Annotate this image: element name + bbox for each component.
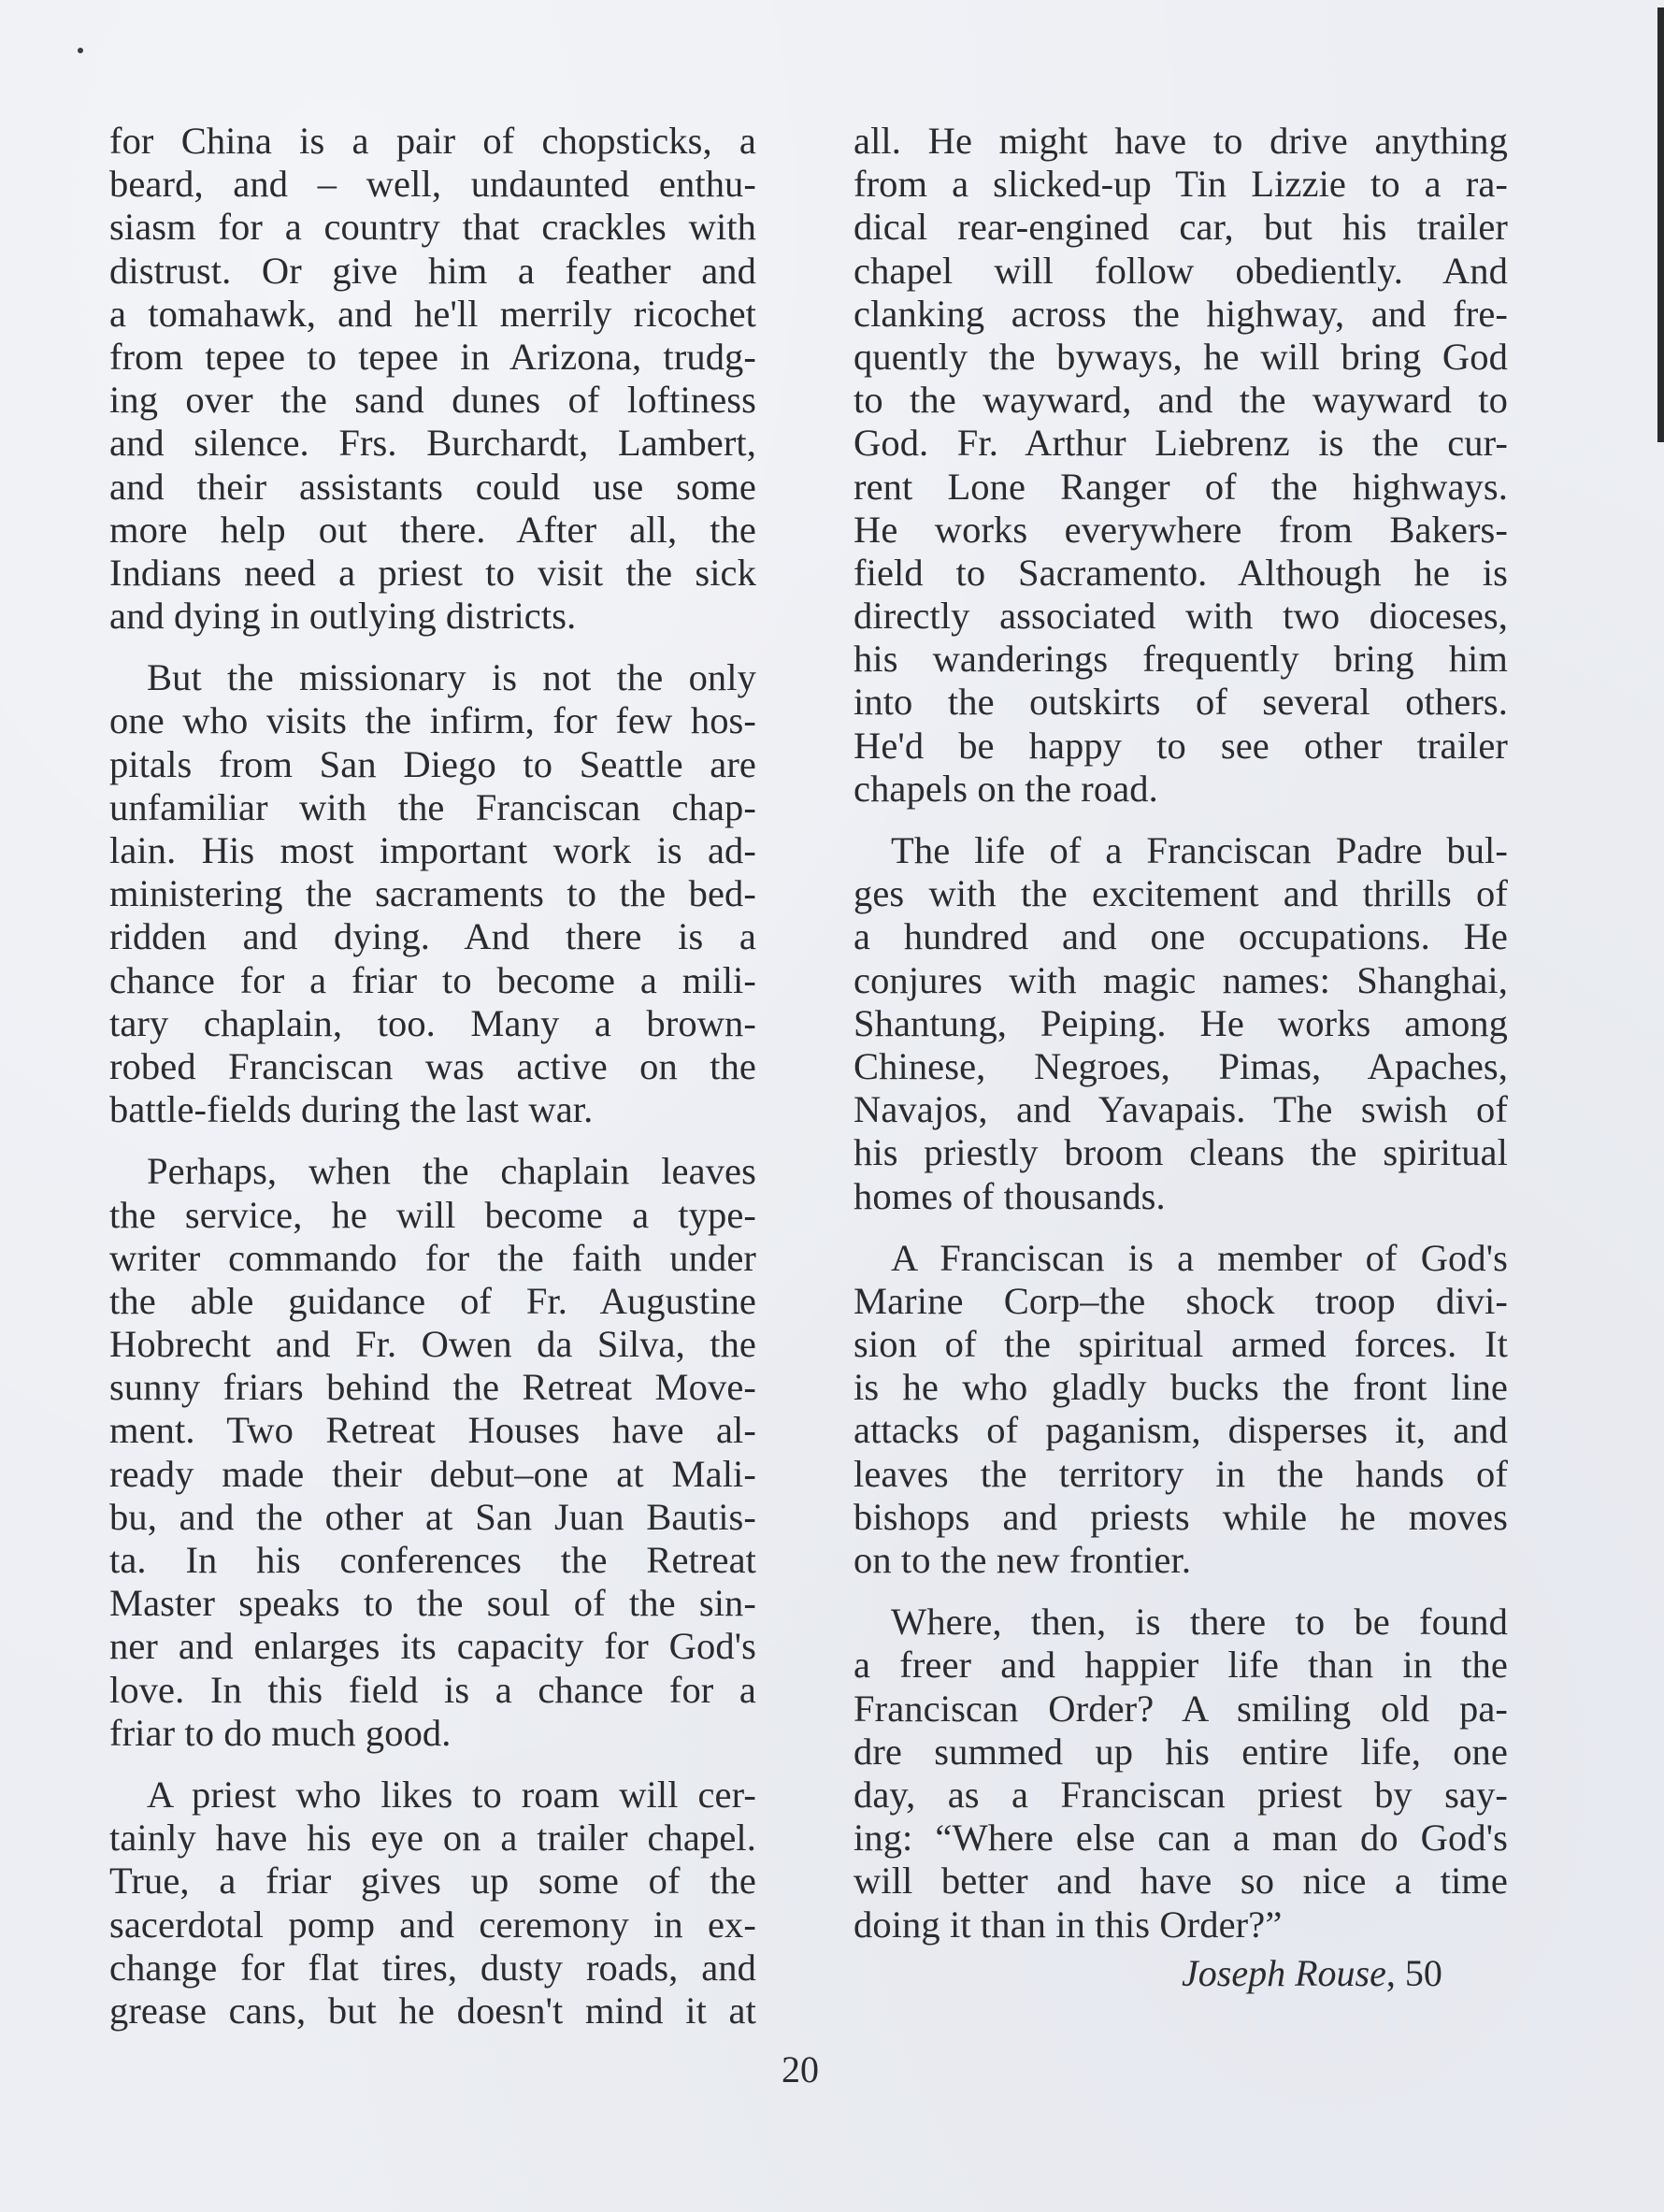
text-line: the service, he will become a type- — [109, 1194, 756, 1237]
text-line: to the wayward, and the wayward to — [854, 379, 1508, 422]
document-page: for China is a pair of chopsticks, abear… — [0, 0, 1664, 2212]
text-line: ner and enlarges its capacity for God's — [109, 1625, 756, 1668]
left-column: for China is a pair of chopsticks, abear… — [109, 120, 756, 2051]
text-line: battle-fields during the last war. — [109, 1088, 756, 1131]
paragraph: The life of a Franciscan Padre bul-ges w… — [854, 829, 1508, 1218]
author-class-year: 50 — [1405, 1952, 1442, 1994]
text-line: sacerdotal pomp and ceremony in ex- — [109, 1903, 756, 1946]
text-line: change for flat tires, dusty roads, and — [109, 1946, 756, 1989]
text-line: Navajos, and Yavapais. The swish of — [854, 1088, 1508, 1131]
text-line: homes of thousands. — [854, 1175, 1508, 1218]
text-line: A priest who likes to roam will cer- — [109, 1774, 756, 1817]
text-line: Hobrecht and Fr. Owen da Silva, the — [109, 1323, 756, 1366]
text-line: bishops and priests while he moves — [854, 1496, 1508, 1539]
text-line: tary chaplain, too. Many a brown- — [109, 1002, 756, 1045]
text-line: sion of the spiritual armed forces. It — [854, 1323, 1508, 1366]
text-line: his priestly broom cleans the spiritual — [854, 1131, 1508, 1174]
text-line: ing: “Where else can a man do God's — [854, 1817, 1508, 1860]
text-line: Chinese, Negroes, Pimas, Apaches, — [854, 1045, 1508, 1088]
text-line: is he who gladly bucks the front line — [854, 1366, 1508, 1409]
text-line: into the outskirts of several others. — [854, 681, 1508, 724]
text-line: chapels on the road. — [854, 768, 1508, 811]
text-line: chance for a friar to become a mili- — [109, 959, 756, 1002]
text-line: from tepee to tepee in Arizona, trudg- — [109, 336, 756, 379]
text-line: clanking across the highway, and fre- — [854, 293, 1508, 336]
text-line: Where, then, is there to be found — [854, 1601, 1508, 1644]
text-line: He works everywhere from Bakers- — [854, 509, 1508, 552]
text-line: and silence. Frs. Burchardt, Lambert, — [109, 422, 756, 465]
text-line: ready made their debut–one at Mali- — [109, 1453, 756, 1496]
text-line: pitals from San Diego to Seattle are — [109, 743, 756, 786]
text-line: quently the byways, he will bring God — [854, 336, 1508, 379]
text-line: a hundred and one occupations. He — [854, 915, 1508, 958]
page-number: 20 — [782, 2048, 819, 2091]
text-line: a tomahawk, and he'll merrily ricochet — [109, 293, 756, 336]
text-line: Indians need a priest to visit the sick — [109, 552, 756, 595]
text-line: directly associated with two dioceses, — [854, 595, 1508, 638]
text-line: dre summed up his entire life, one — [854, 1731, 1508, 1774]
text-line: ta. In his conferences the Retreat — [109, 1539, 756, 1582]
text-line: and dying in outlying districts. — [109, 595, 756, 638]
text-line: siasm for a country that crackles with — [109, 206, 756, 249]
text-line: leaves the territory in the hands of — [854, 1453, 1508, 1496]
text-line: unfamiliar with the Franciscan chap- — [109, 786, 756, 829]
author-name: Joseph Rouse — [1182, 1952, 1386, 1994]
text-line: ment. Two Retreat Houses have al- — [109, 1409, 756, 1452]
text-line: love. In this field is a chance for a — [109, 1669, 756, 1712]
text-line: the able guidance of Fr. Augustine — [109, 1280, 756, 1323]
text-line: for China is a pair of chopsticks, a — [109, 120, 756, 163]
paragraph: all. He might have to drive anythingfrom… — [854, 120, 1508, 811]
text-line: ing over the sand dunes of loftiness — [109, 379, 756, 422]
text-line: more help out there. After all, the — [109, 509, 756, 552]
text-line: a freer and happier life than in the — [854, 1644, 1508, 1687]
scan-edge-shadow — [1657, 7, 1664, 442]
paragraph: A Franciscan is a member of God'sMarine … — [854, 1237, 1508, 1583]
text-line: will better and have so nice a time — [854, 1860, 1508, 1903]
text-line: rent Lone Ranger of the highways. — [854, 466, 1508, 509]
text-line: Franciscan Order? A smiling old pa- — [854, 1688, 1508, 1731]
text-line: bu, and the other at San Juan Bautis- — [109, 1496, 756, 1539]
paragraph: for China is a pair of chopsticks, abear… — [109, 120, 756, 638]
author-signature: Joseph Rouse, 50 — [1182, 1952, 1442, 1995]
text-line: A Franciscan is a member of God's — [854, 1237, 1508, 1280]
paragraph: A priest who likes to roam will cer-tain… — [109, 1774, 756, 2032]
text-line: Shantung, Peiping. He works among — [854, 1002, 1508, 1045]
text-line: his wanderings frequently bring him — [854, 638, 1508, 681]
text-line: Marine Corp–the shock troop divi- — [854, 1280, 1508, 1323]
text-line: ministering the sacraments to the bed- — [109, 872, 756, 915]
text-line: and their assistants could use some — [109, 466, 756, 509]
text-line: Master speaks to the soul of the sin- — [109, 1582, 756, 1625]
text-line: all. He might have to drive anything — [854, 120, 1508, 163]
text-line: field to Sacramento. Although he is — [854, 552, 1508, 595]
right-column: all. He might have to drive anythingfrom… — [854, 120, 1508, 1965]
text-line: But the missionary is not the only — [109, 656, 756, 699]
author-separator: , — [1386, 1952, 1405, 1994]
text-line: robed Franciscan was active on the — [109, 1045, 756, 1088]
text-line: ridden and dying. And there is a — [109, 915, 756, 958]
text-line: beard, and – well, undaunted enthu- — [109, 163, 756, 206]
text-line: conjures with magic names: Shanghai, — [854, 959, 1508, 1002]
paragraph: Where, then, is there to be founda freer… — [854, 1601, 1508, 1946]
text-line: True, a friar gives up some of the — [109, 1860, 756, 1903]
text-line: tainly have his eye on a trailer chapel. — [109, 1817, 756, 1860]
text-line: Perhaps, when the chaplain leaves — [109, 1150, 756, 1193]
text-line: friar to do much good. — [109, 1712, 756, 1755]
text-line: lain. His most important work is ad- — [109, 829, 756, 872]
paragraph: But the missionary is not the onlyone wh… — [109, 656, 756, 1131]
text-line: from a slicked-up Tin Lizzie to a ra- — [854, 163, 1508, 206]
text-line: The life of a Franciscan Padre bul- — [854, 829, 1508, 872]
text-line: attacks of paganism, disperses it, and — [854, 1409, 1508, 1452]
text-line: distrust. Or give him a feather and — [109, 250, 756, 293]
text-line: writer commando for the faith under — [109, 1237, 756, 1280]
text-line: chapel will follow obediently. And — [854, 250, 1508, 293]
text-line: sunny friars behind the Retreat Move- — [109, 1366, 756, 1409]
text-line: grease cans, but he doesn't mind it at — [109, 1989, 756, 2032]
text-line: dical rear-engined car, but his trailer — [854, 206, 1508, 249]
ink-speck — [78, 48, 83, 53]
text-line: God. Fr. Arthur Liebrenz is the cur- — [854, 422, 1508, 465]
text-line: on to the new frontier. — [854, 1539, 1508, 1582]
text-line: day, as a Franciscan priest by say- — [854, 1774, 1508, 1817]
text-line: ges with the excitement and thrills of — [854, 872, 1508, 915]
paragraph: Perhaps, when the chaplain leavesthe ser… — [109, 1150, 756, 1755]
text-line: He'd be happy to see other trailer — [854, 725, 1508, 768]
text-line: doing it than in this Order?” — [854, 1903, 1508, 1946]
text-line: one who visits the infirm, for few hos- — [109, 699, 756, 742]
